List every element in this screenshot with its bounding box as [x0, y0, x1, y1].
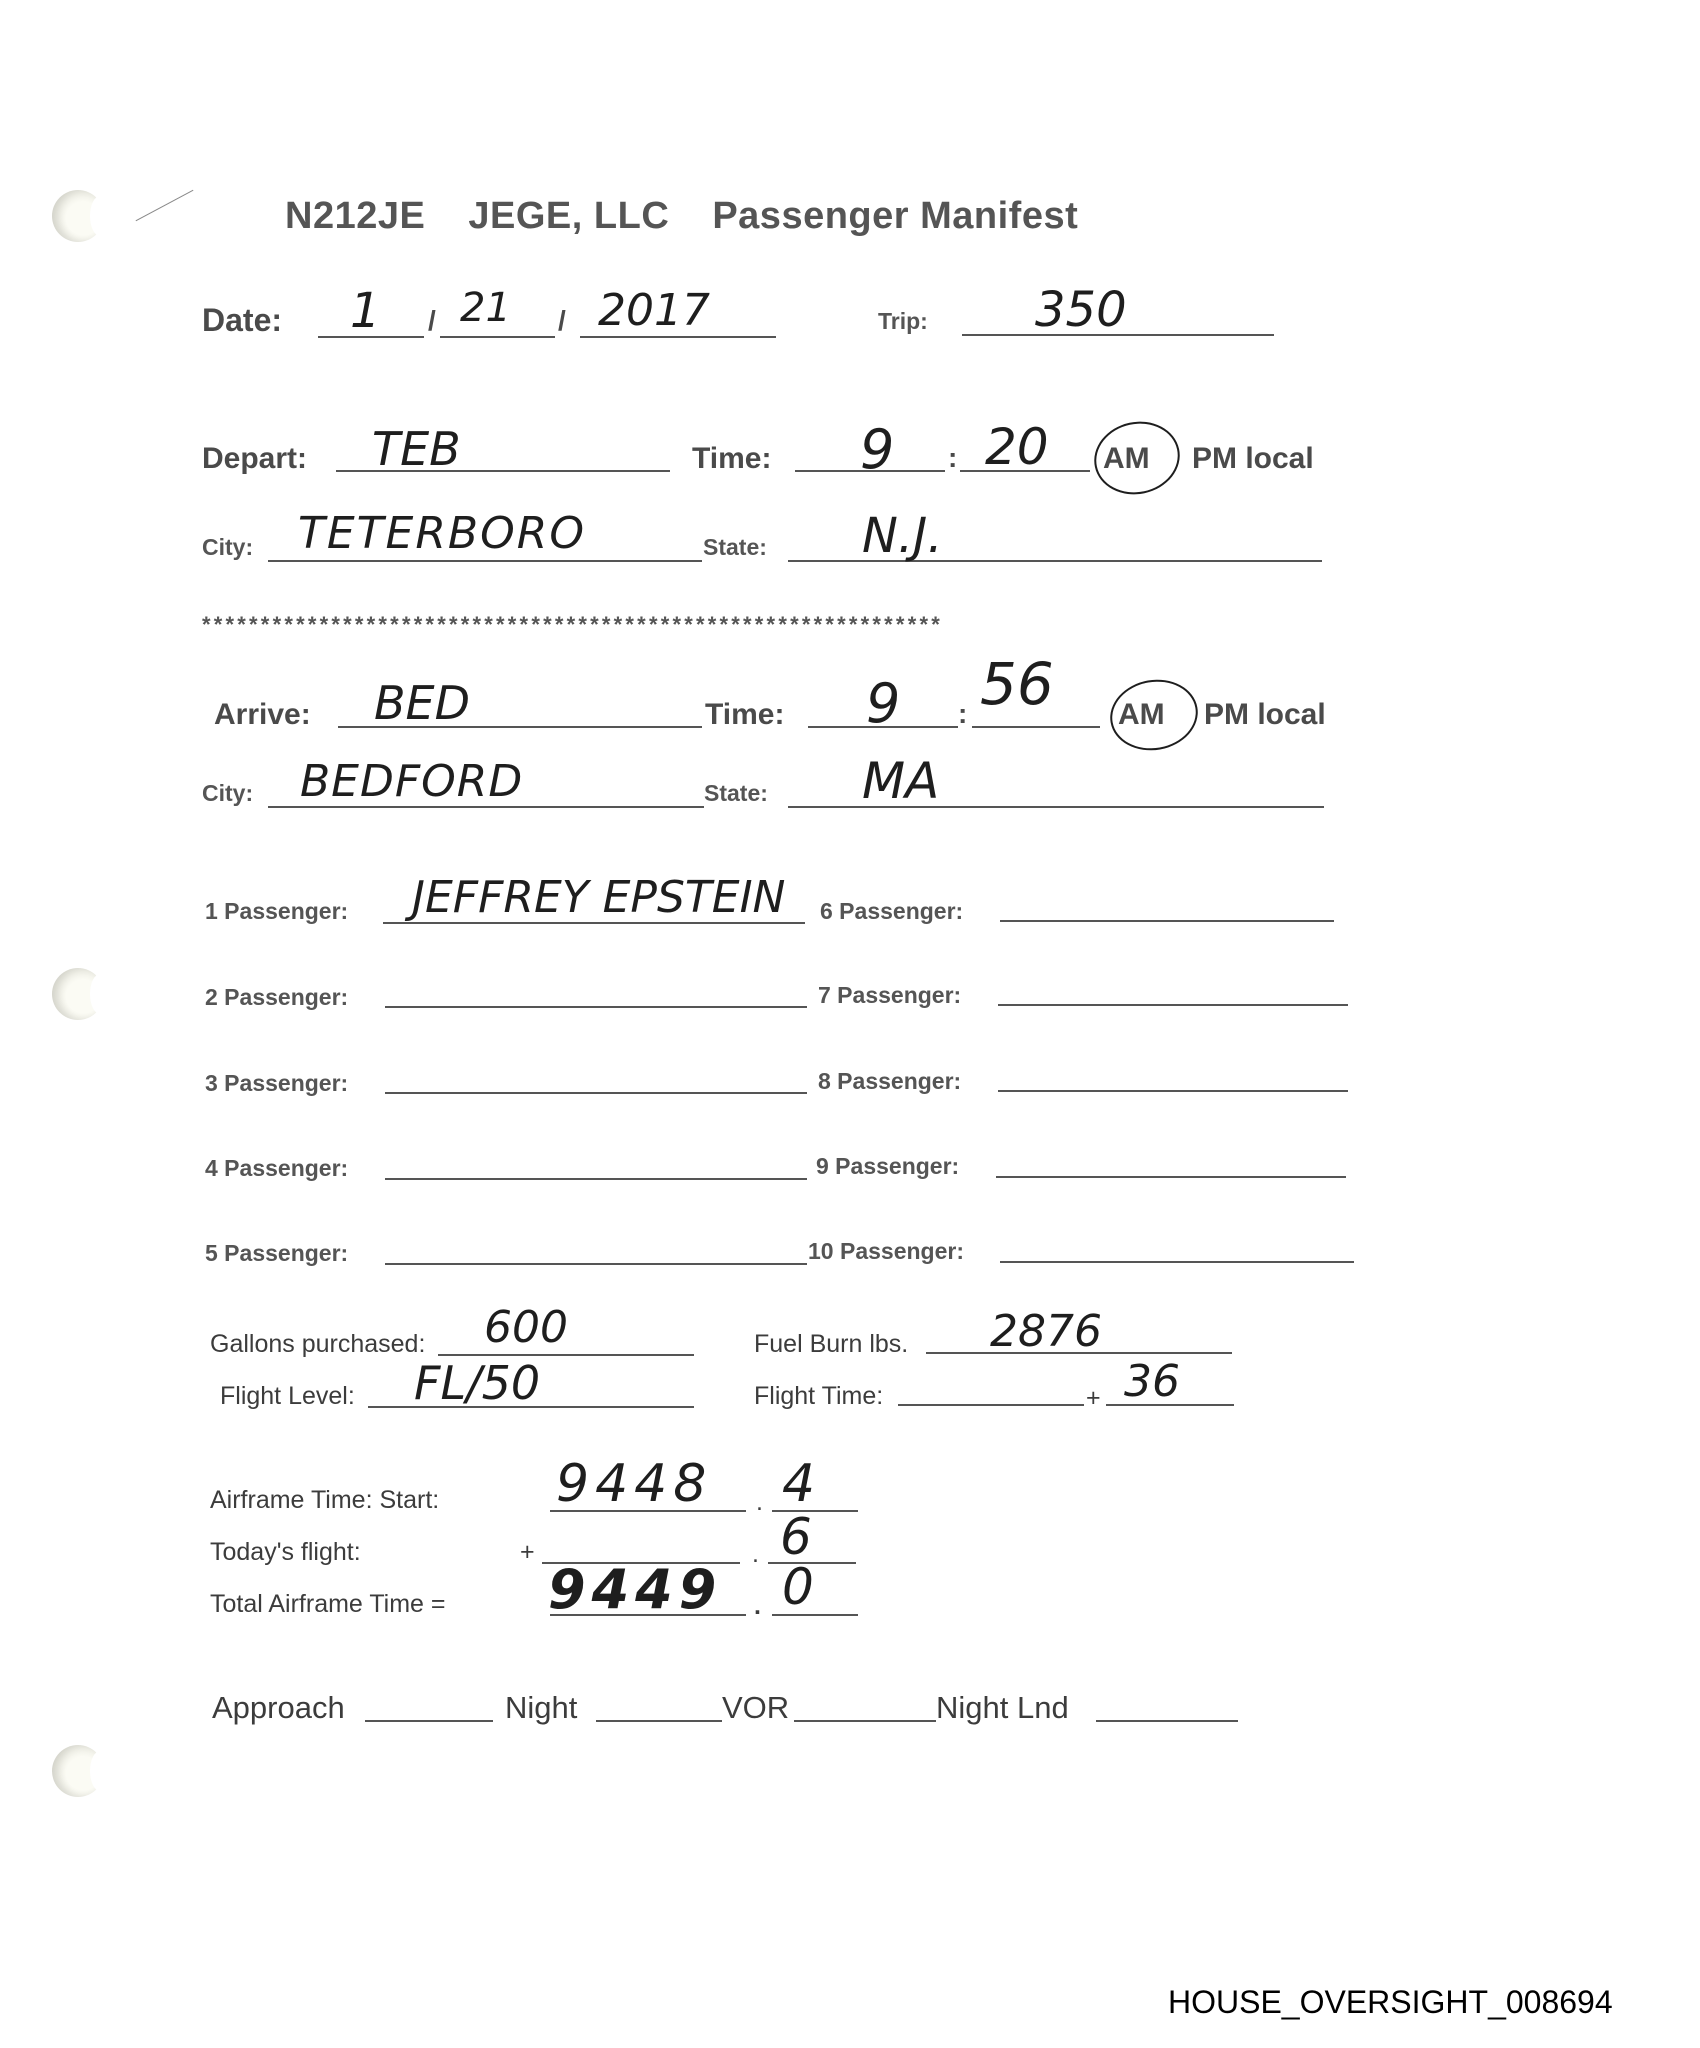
- todays-flight-label: Today's flight:: [210, 1538, 361, 1567]
- passenger-5-label: 5 Passenger:: [205, 1240, 348, 1267]
- passenger-7-label: 7 Passenger:: [818, 982, 961, 1009]
- airframe-start-label: Airframe Time: Start:: [210, 1486, 439, 1515]
- date-sep-1: /: [428, 305, 436, 337]
- trip-label: Trip:: [878, 308, 928, 335]
- total-airframe-tenth-value: 0: [782, 1558, 814, 1616]
- approach-field[interactable]: [365, 1720, 493, 1722]
- depart-pm-local-option[interactable]: PM local: [1192, 442, 1314, 476]
- depart-am-selected-circle: [1087, 414, 1186, 502]
- depart-city-label: City:: [202, 534, 253, 561]
- vor-field[interactable]: [794, 1720, 936, 1722]
- tail-number: N212JE: [285, 195, 425, 237]
- depart-hour-value: 9: [860, 418, 894, 481]
- binder-hole-top: [52, 190, 104, 242]
- todays-flight-dot: .: [752, 1540, 759, 1569]
- gallons-purchased-value: 600: [484, 1302, 568, 1353]
- arrive-hour-value: 9: [866, 672, 900, 735]
- passenger-3-label: 3 Passenger:: [205, 1070, 348, 1097]
- passenger-10-label: 10 Passenger:: [808, 1238, 964, 1265]
- passenger-1-label: 1 Passenger:: [205, 898, 348, 925]
- total-airframe-dot: .: [754, 1592, 761, 1621]
- section-separator: ****************************************…: [202, 612, 943, 638]
- depart-city-value: TETERBORO: [298, 508, 586, 559]
- date-label: Date:: [202, 302, 282, 339]
- passenger-1-name: JEFFREY EPSTEIN: [412, 872, 785, 923]
- night-field[interactable]: [596, 1720, 722, 1722]
- bates-stamp: HOUSE_OVERSIGHT_008694: [1168, 1984, 1613, 2021]
- passenger-3-field[interactable]: [385, 1092, 807, 1094]
- date-year-value: 2017: [598, 285, 710, 336]
- passenger-4-field[interactable]: [385, 1178, 807, 1180]
- depart-minute-value: 20: [985, 418, 1049, 476]
- passenger-8-label: 8 Passenger:: [818, 1068, 961, 1095]
- date-month-value: 1: [350, 283, 381, 339]
- arrive-am-selected-circle: [1105, 673, 1204, 757]
- form-header: N212JE JEGE, LLC Passenger Manifest: [285, 195, 1078, 238]
- passenger-6-field[interactable]: [1000, 920, 1334, 922]
- scan-mark: [136, 190, 194, 221]
- night-label: Night: [505, 1690, 577, 1726]
- airframe-start-tenth-value: 4: [782, 1454, 815, 1514]
- flight-time-hours-field[interactable]: [898, 1404, 1084, 1406]
- arrive-label: Arrive:: [214, 698, 311, 732]
- flight-level-label: Flight Level:: [220, 1382, 355, 1411]
- depart-time-label: Time:: [692, 442, 771, 476]
- arrive-pm-local-option[interactable]: PM local: [1204, 698, 1326, 732]
- night-landing-field[interactable]: [1096, 1720, 1238, 1722]
- binder-hole-middle: [52, 968, 104, 1020]
- arrive-airport-value: BED: [374, 676, 470, 730]
- arrive-minute-value: 56: [980, 650, 1054, 718]
- night-landing-label: Night Lnd: [936, 1690, 1069, 1726]
- passenger-4-label: 4 Passenger:: [205, 1155, 348, 1182]
- depart-state-value: N.J.: [862, 508, 943, 564]
- passenger-10-field[interactable]: [1000, 1261, 1354, 1263]
- date-year-field[interactable]: [580, 336, 776, 338]
- passenger-9-label: 9 Passenger:: [816, 1153, 959, 1180]
- arrive-time-colon: :: [958, 698, 967, 730]
- passenger-7-field[interactable]: [998, 1004, 1348, 1006]
- passenger-2-field[interactable]: [385, 1006, 807, 1008]
- date-day-value: 21: [460, 285, 511, 331]
- vor-label: VOR: [722, 1690, 789, 1726]
- passenger-8-field[interactable]: [998, 1090, 1348, 1092]
- date-sep-2: /: [558, 305, 566, 337]
- airframe-start-dot: .: [756, 1488, 763, 1517]
- depart-city-field[interactable]: [268, 560, 702, 562]
- company-name: JEGE, LLC: [468, 195, 669, 237]
- airframe-start-whole-value: 9448: [556, 1454, 712, 1514]
- arrive-city-label: City:: [202, 780, 253, 807]
- flight-time-label: Flight Time:: [754, 1382, 883, 1411]
- trip-value: 350: [1035, 282, 1127, 338]
- depart-airport-value: TEB: [372, 422, 461, 476]
- flight-time-plus: +: [1086, 1384, 1101, 1413]
- todays-flight-plus: +: [520, 1538, 535, 1567]
- gallons-purchased-label: Gallons purchased:: [210, 1330, 425, 1359]
- flight-time-value: 36: [1124, 1356, 1180, 1407]
- approach-label: Approach: [212, 1690, 345, 1726]
- depart-time-colon: :: [948, 442, 957, 474]
- arrive-time-label: Time:: [705, 698, 784, 732]
- flight-level-value: FL/50: [414, 1356, 540, 1410]
- passenger-9-field[interactable]: [996, 1176, 1346, 1178]
- binder-hole-bottom: [52, 1745, 104, 1797]
- depart-state-label: State:: [703, 534, 767, 561]
- total-airframe-whole-value: 9449: [548, 1558, 722, 1621]
- depart-label: Depart:: [202, 442, 307, 476]
- fuel-burn-label: Fuel Burn lbs.: [754, 1330, 908, 1359]
- arrive-state-value: MA: [862, 752, 939, 810]
- arrive-minute-field[interactable]: [972, 726, 1100, 728]
- arrive-state-label: State:: [704, 780, 768, 807]
- passenger-6-label: 6 Passenger:: [820, 898, 963, 925]
- passenger-5-field[interactable]: [385, 1263, 807, 1265]
- passenger-2-label: 2 Passenger:: [205, 984, 348, 1011]
- fuel-burn-value: 2876: [990, 1306, 1102, 1357]
- date-day-field[interactable]: [440, 336, 555, 338]
- form-title: Passenger Manifest: [712, 195, 1078, 237]
- total-airframe-label: Total Airframe Time =: [210, 1590, 446, 1619]
- arrive-city-value: BEDFORD: [300, 756, 523, 807]
